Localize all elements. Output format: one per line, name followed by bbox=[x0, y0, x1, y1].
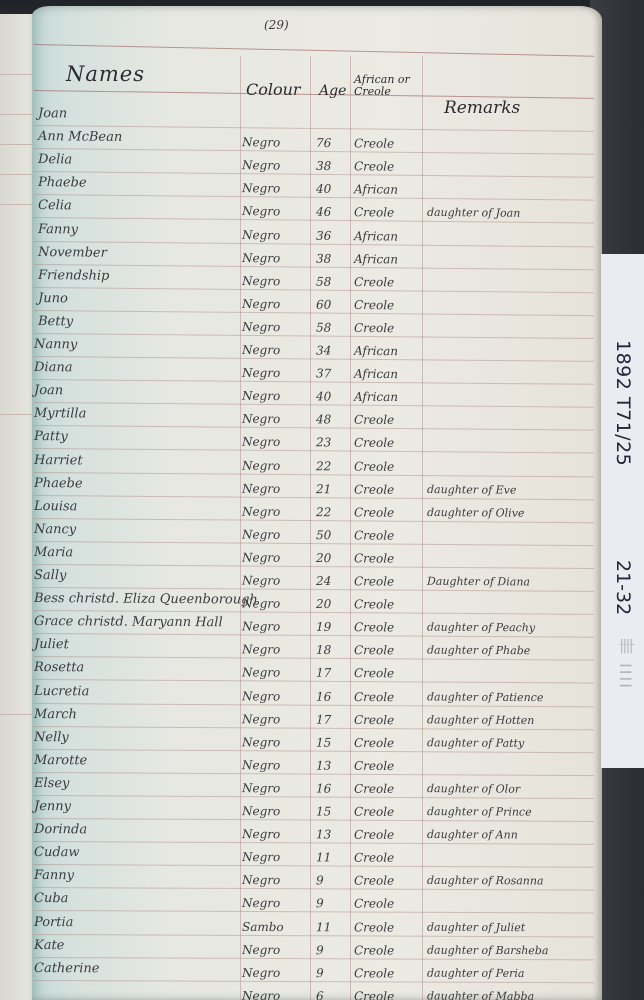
cell-colour: Negro bbox=[242, 896, 280, 910]
cell-remarks: daughter of Ann bbox=[427, 828, 518, 841]
table-row: PortiaSambo11Creoledaughter of Juliet bbox=[32, 915, 602, 939]
cell-name: Harriet bbox=[34, 453, 83, 468]
cell-remarks: daughter of Hotten bbox=[427, 713, 534, 727]
cell-remarks: daughter of Juliet bbox=[427, 920, 525, 933]
cell-name: Catherine bbox=[34, 961, 99, 976]
cell-colour: Negro bbox=[242, 135, 280, 149]
cell-age: 48 bbox=[316, 413, 331, 427]
cell-colour: Negro bbox=[242, 758, 280, 772]
cell-name: Cuba bbox=[34, 891, 68, 906]
cell-age: 15 bbox=[316, 804, 331, 818]
cell-colour: Negro bbox=[242, 366, 280, 380]
cell-origin: Creole bbox=[354, 828, 394, 842]
cell-origin: African bbox=[354, 344, 398, 358]
column-header-age: Age bbox=[319, 83, 346, 99]
cell-origin: Creole bbox=[354, 459, 394, 473]
cell-name: Rosetta bbox=[34, 660, 84, 675]
archive-label-text: 1892 T71/25 21-32 卌 IIII bbox=[604, 300, 644, 760]
cell-colour: Negro bbox=[242, 504, 280, 518]
cell-colour: Negro bbox=[242, 458, 280, 472]
cell-colour: Negro bbox=[242, 389, 280, 403]
cell-age: 9 bbox=[316, 943, 324, 957]
cell-colour: Sambo bbox=[242, 919, 284, 933]
cell-colour: Negro bbox=[242, 689, 280, 703]
column-header-colour: Colour bbox=[246, 80, 301, 99]
cell-name: Juno bbox=[38, 291, 68, 306]
cell-remarks: daughter of Mabba bbox=[427, 989, 534, 1000]
cell-origin: Creole bbox=[354, 321, 394, 335]
cell-origin: African bbox=[354, 229, 398, 243]
cell-colour: Negro bbox=[242, 942, 280, 956]
cell-origin: Creole bbox=[354, 897, 394, 911]
cell-origin: Creole bbox=[354, 159, 394, 173]
cell-age: 18 bbox=[316, 643, 331, 657]
cell-origin: Creole bbox=[354, 666, 394, 680]
cell-age: 37 bbox=[316, 367, 331, 381]
cell-remarks: daughter of Olive bbox=[427, 506, 525, 520]
cell-age: 13 bbox=[316, 758, 331, 772]
cell-origin: African bbox=[354, 390, 398, 404]
table-row: NancyNegro50Creole bbox=[32, 522, 602, 548]
cell-remarks: daughter of Olor bbox=[427, 782, 520, 796]
table-row: PhaebeNegro21Creoledaughter of Eve bbox=[32, 476, 602, 502]
table-row: NellyNegro15Creoledaughter of Patty bbox=[32, 730, 602, 755]
cell-age: 20 bbox=[316, 551, 331, 565]
cell-origin: Creole bbox=[354, 574, 394, 588]
cell-colour: Negro bbox=[242, 274, 280, 288]
cell-origin: Creole bbox=[354, 436, 394, 450]
cell-origin: Creole bbox=[354, 805, 394, 819]
cell-age: 6 bbox=[316, 989, 324, 1000]
cell-colour: Negro bbox=[242, 735, 280, 749]
cell-name: March bbox=[34, 707, 77, 722]
cell-origin: Creole bbox=[354, 966, 394, 980]
cell-origin: Creole bbox=[354, 597, 394, 611]
cell-name: Fanny bbox=[38, 222, 78, 237]
cell-origin: Creole bbox=[354, 505, 394, 519]
table-row: HarrietNegro22Creole bbox=[32, 453, 602, 479]
cell-age: 13 bbox=[316, 828, 331, 842]
row-rule bbox=[34, 772, 594, 776]
cell-name: Bess christd. Eliza Queenborough bbox=[34, 591, 258, 608]
cell-origin: Creole bbox=[354, 736, 394, 750]
cell-age: 22 bbox=[316, 505, 331, 519]
cell-age: 20 bbox=[316, 597, 331, 611]
tally-mark: 卌 IIII bbox=[614, 638, 637, 690]
table-row: LouisaNegro22Creoledaughter of Olive bbox=[32, 499, 602, 525]
table-row: ElseyNegro16Creoledaughter of Olor bbox=[32, 776, 602, 801]
table-row: Negro6Creoledaughter of Mabba bbox=[32, 984, 602, 1000]
table-row: MariaNegro20Creole bbox=[32, 545, 602, 571]
cell-age: 23 bbox=[316, 436, 331, 450]
cell-colour: Negro bbox=[242, 781, 280, 795]
cell-origin: Creole bbox=[354, 206, 394, 220]
cell-colour: Negro bbox=[242, 573, 280, 587]
table-row: CudawNegro11Creole bbox=[32, 845, 602, 870]
cell-age: 11 bbox=[316, 920, 331, 934]
cell-name: November bbox=[38, 245, 107, 261]
cell-age: 22 bbox=[316, 459, 331, 473]
cell-name: Lucretia bbox=[34, 684, 89, 699]
cell-name: Portia bbox=[34, 915, 73, 930]
table-row: MarchNegro17Creoledaughter of Hotten bbox=[32, 707, 602, 732]
cell-age: 9 bbox=[316, 874, 324, 888]
cell-remarks: daughter of Patience bbox=[427, 690, 543, 704]
cell-colour: Negro bbox=[242, 412, 280, 426]
row-rule bbox=[34, 957, 594, 960]
cell-origin: Creole bbox=[354, 759, 394, 773]
table-row: FannyNegro9Creoledaughter of Rosanna bbox=[32, 868, 602, 893]
cell-origin: African bbox=[354, 252, 398, 266]
cell-age: 9 bbox=[316, 897, 324, 911]
cell-origin: Creole bbox=[354, 551, 394, 565]
cell-name: Phaebe bbox=[34, 476, 83, 491]
cell-origin: African bbox=[354, 367, 398, 381]
cell-origin: Creole bbox=[354, 689, 394, 703]
table-row: Grace christd. Maryann HallNegro19Creole… bbox=[32, 614, 602, 640]
page-number: (29) bbox=[264, 18, 289, 32]
cell-age: 40 bbox=[316, 182, 331, 196]
cell-origin: Creole bbox=[354, 482, 394, 496]
cell-name: Marotte bbox=[34, 753, 87, 768]
cell-name: Kate bbox=[34, 938, 64, 953]
cell-name: Diana bbox=[34, 360, 73, 375]
cell-age: 19 bbox=[316, 620, 331, 634]
cell-origin: Creole bbox=[354, 989, 394, 1000]
cell-name: Joan bbox=[34, 383, 63, 398]
cell-colour: Negro bbox=[242, 204, 280, 218]
cell-age: 46 bbox=[316, 205, 331, 219]
cell-colour: Negro bbox=[242, 343, 280, 357]
table-row: Bess christd. Eliza QueenboroughNegro20C… bbox=[32, 591, 602, 617]
cell-name: Juliet bbox=[34, 637, 69, 652]
cell-age: 16 bbox=[316, 689, 331, 703]
cell-name: Celia bbox=[38, 198, 72, 213]
cell-age: 38 bbox=[316, 159, 331, 173]
cell-remarks: daughter of Peachy bbox=[427, 621, 535, 635]
row-rule bbox=[34, 679, 594, 684]
table-row: CeliaNegro46Creoledaughter of Joan bbox=[32, 198, 602, 226]
table-row: LucretiaNegro16Creoledaughter of Patienc… bbox=[32, 684, 602, 709]
cell-colour: Negro bbox=[242, 597, 280, 611]
cell-colour: Negro bbox=[242, 481, 280, 495]
cell-age: 38 bbox=[316, 251, 331, 265]
archive-page-range: 21-32 bbox=[612, 560, 634, 615]
cell-colour: Negro bbox=[242, 827, 280, 841]
cell-colour: Negro bbox=[242, 297, 280, 311]
cell-remarks: daughter of Prince bbox=[427, 805, 532, 819]
cell-origin: Creole bbox=[354, 874, 394, 888]
cell-colour: Negro bbox=[242, 873, 280, 887]
cell-age: 24 bbox=[316, 574, 331, 588]
cell-name: Ann McBean bbox=[38, 129, 122, 145]
table-row: CubaNegro9Creole bbox=[32, 891, 602, 916]
cell-remarks: daughter of Patty bbox=[427, 736, 524, 750]
cell-remarks: daughter of Peria bbox=[427, 966, 524, 979]
cell-name: Grace christd. Maryann Hall bbox=[34, 614, 223, 630]
cell-origin: Creole bbox=[354, 943, 394, 957]
cell-origin: Creole bbox=[354, 851, 394, 865]
row-rule bbox=[34, 980, 594, 983]
cell-colour: Negro bbox=[242, 966, 280, 980]
cell-name: Myrtilla bbox=[34, 406, 86, 421]
cell-name: Louisa bbox=[34, 499, 78, 514]
column-header-names: Names bbox=[66, 62, 145, 86]
row-rule bbox=[34, 818, 594, 822]
cell-name: Sally bbox=[34, 568, 66, 583]
table-row: RosettaNegro17Creole bbox=[32, 660, 602, 686]
cell-origin: Creole bbox=[354, 136, 394, 150]
table-row: SallyNegro24CreoleDaughter of Diana bbox=[32, 568, 602, 594]
cell-origin: Creole bbox=[354, 713, 394, 727]
cell-colour: Negro bbox=[242, 804, 280, 818]
cell-age: 9 bbox=[316, 966, 324, 980]
table-row: MarotteNegro13Creole bbox=[32, 753, 602, 778]
cell-remarks: daughter of Phabe bbox=[427, 644, 530, 658]
cell-colour: Negro bbox=[242, 850, 280, 864]
row-rule bbox=[34, 841, 594, 845]
cell-origin: Creole bbox=[354, 643, 394, 657]
archive-reference: 1892 T71/25 bbox=[612, 340, 634, 466]
cell-age: 15 bbox=[316, 735, 331, 749]
cell-age: 40 bbox=[316, 390, 331, 404]
cell-remarks: daughter of Rosanna bbox=[427, 874, 544, 888]
cell-origin: Creole bbox=[354, 275, 394, 289]
cell-colour: Negro bbox=[242, 712, 280, 726]
cell-name: Betty bbox=[38, 314, 73, 329]
cell-origin: Creole bbox=[354, 413, 394, 427]
cell-remarks: daughter of Eve bbox=[427, 483, 517, 497]
table-row: DorindaNegro13Creoledaughter of Ann bbox=[32, 822, 602, 847]
cell-age: 11 bbox=[316, 851, 331, 865]
cell-age: 58 bbox=[316, 320, 331, 334]
cell-age: 16 bbox=[316, 781, 331, 795]
cell-colour: Negro bbox=[242, 989, 280, 1000]
cell-remarks: daughter of Barsheba bbox=[427, 943, 548, 957]
cell-age: 50 bbox=[316, 528, 331, 542]
cell-name: Friendship bbox=[38, 268, 109, 284]
cell-remarks: Daughter of Diana bbox=[427, 575, 530, 589]
cell-colour: Negro bbox=[242, 228, 280, 242]
cell-name: Joan bbox=[38, 106, 67, 121]
row-rule bbox=[34, 864, 594, 868]
cell-colour: Negro bbox=[242, 435, 280, 449]
cell-age: 17 bbox=[316, 666, 331, 680]
cell-colour: Negro bbox=[242, 320, 280, 334]
row-rule bbox=[34, 910, 594, 914]
cell-name: Cudaw bbox=[34, 845, 80, 860]
cell-colour: Negro bbox=[242, 251, 280, 265]
cell-remarks: daughter of Joan bbox=[427, 206, 520, 220]
cell-origin: Creole bbox=[354, 528, 394, 542]
cell-name: Dorinda bbox=[34, 822, 87, 837]
cell-colour: Negro bbox=[242, 643, 280, 657]
cell-name: Nelly bbox=[34, 730, 69, 745]
cell-age: 34 bbox=[316, 343, 331, 357]
cell-name: Phaebe bbox=[38, 175, 87, 190]
cell-origin: African bbox=[354, 183, 398, 197]
cell-colour: Negro bbox=[242, 181, 280, 195]
cell-age: 17 bbox=[316, 712, 331, 726]
cell-colour: Negro bbox=[242, 666, 280, 680]
cell-age: 21 bbox=[316, 482, 331, 496]
table-row: JulietNegro18Creoledaughter of Phabe bbox=[32, 637, 602, 663]
cell-age: 60 bbox=[316, 297, 331, 311]
cell-colour: Negro bbox=[242, 550, 280, 564]
ledger-page: (29) Names Colour Age African or Creole … bbox=[32, 6, 602, 1000]
cell-age: 58 bbox=[316, 274, 331, 288]
cell-colour: Negro bbox=[242, 527, 280, 541]
cell-origin: Creole bbox=[354, 782, 394, 796]
cell-age: 76 bbox=[316, 136, 331, 150]
table-row: JennyNegro15Creoledaughter of Prince bbox=[32, 799, 602, 824]
cell-name: Patty bbox=[34, 429, 68, 444]
cell-name: Nanny bbox=[34, 337, 77, 352]
cell-name: Delia bbox=[38, 152, 72, 167]
cell-name: Fanny bbox=[34, 868, 74, 883]
cell-age: 36 bbox=[316, 228, 331, 242]
cell-origin: Creole bbox=[354, 298, 394, 312]
cell-name: Nancy bbox=[34, 522, 76, 537]
cell-colour: Negro bbox=[242, 158, 280, 172]
cell-name: Elsey bbox=[34, 776, 69, 791]
table-row: PattyNegro23Creole bbox=[32, 429, 602, 456]
table-row: CatherineNegro9Creoledaughter of Peria bbox=[32, 961, 602, 985]
cell-name: Maria bbox=[34, 545, 73, 560]
cell-origin: Creole bbox=[354, 620, 394, 634]
cell-colour: Negro bbox=[242, 620, 280, 634]
cell-origin: Creole bbox=[354, 920, 394, 934]
cell-name: Jenny bbox=[34, 799, 71, 814]
table-row: KateNegro9Creoledaughter of Barsheba bbox=[32, 938, 602, 962]
column-header-origin: African or Creole bbox=[354, 74, 414, 98]
